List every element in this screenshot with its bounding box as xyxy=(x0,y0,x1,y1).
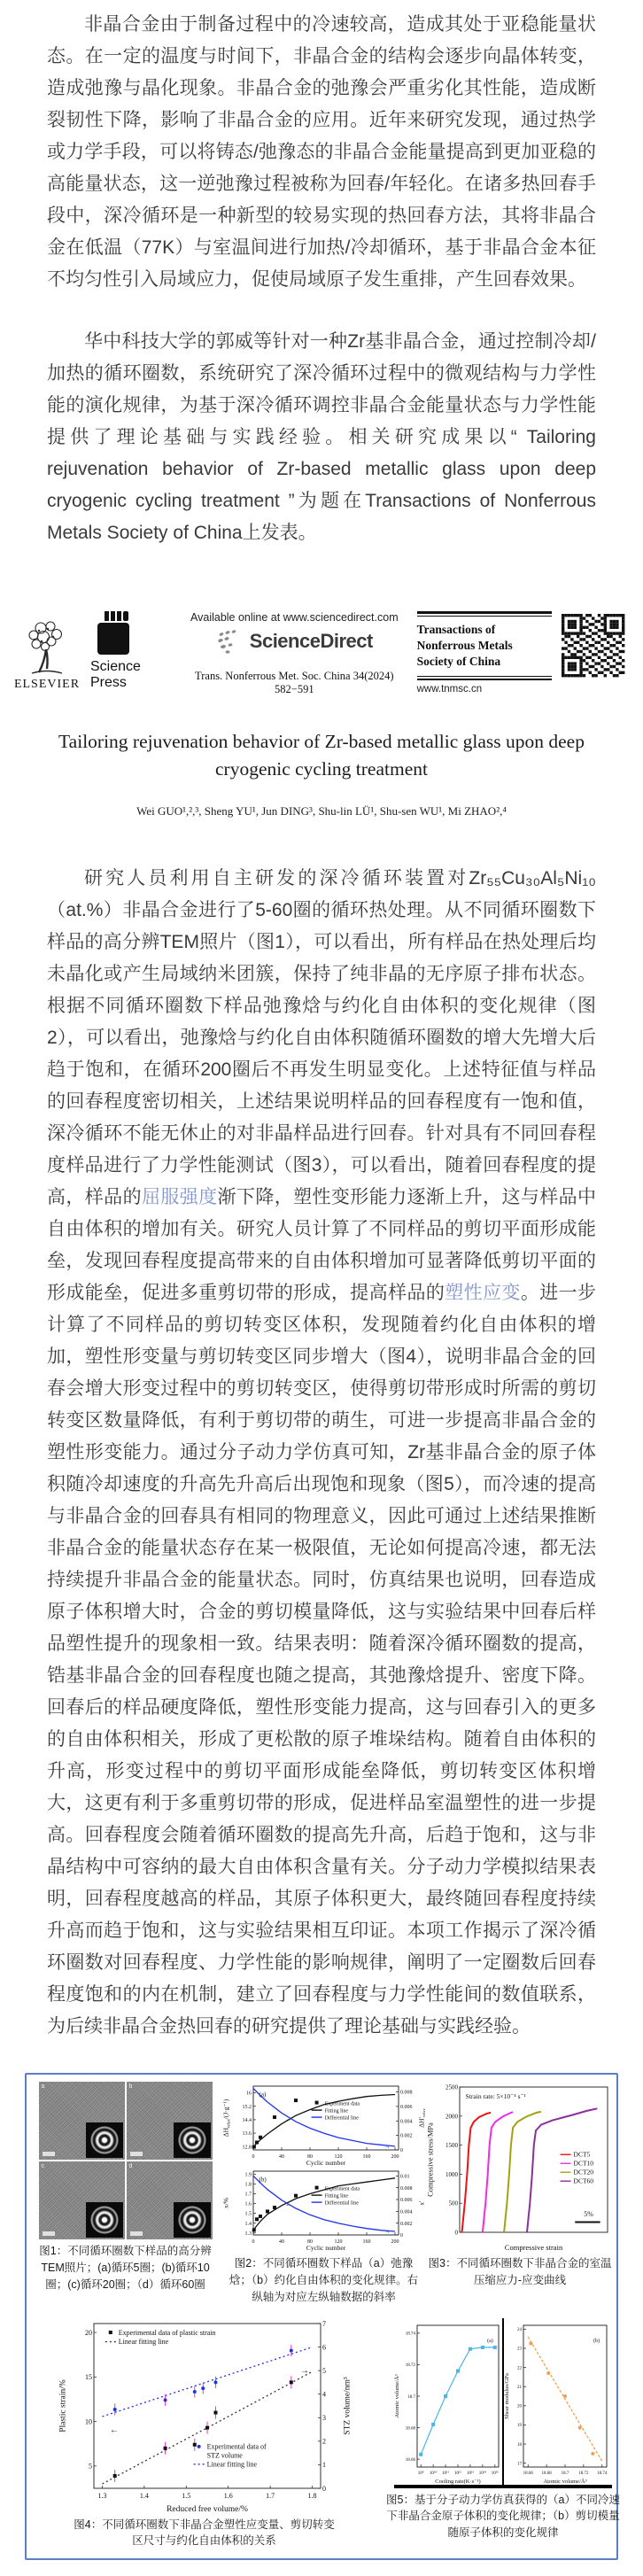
svg-text:1.7: 1.7 xyxy=(244,2192,252,2198)
svg-text:Fitting line: Fitting line xyxy=(324,2109,348,2114)
svg-text:(a): (a) xyxy=(487,2338,493,2344)
svg-text:←: ← xyxy=(285,2116,291,2123)
svg-text:5%: 5% xyxy=(584,2210,593,2218)
svg-text:Compressive strain: Compressive strain xyxy=(505,2243,563,2252)
svg-text:x′: x′ xyxy=(417,2200,425,2206)
svg-text:1.7: 1.7 xyxy=(266,2492,275,2500)
svg-text:500: 500 xyxy=(449,2200,459,2207)
figure-5-caption: 图5：基于分子动力学仿真获得的（a）不同冷速下非晶合金原子体积的变化规律；（b）… xyxy=(386,2492,621,2541)
svg-text:10⁹: 10⁹ xyxy=(418,2471,424,2476)
available-online-text: Available online at www.sciencedirect.co… xyxy=(177,611,412,624)
svg-text:Shear modulus/GPa: Shear modulus/GPa xyxy=(504,2373,510,2419)
svg-text:(b): (b) xyxy=(259,2176,267,2184)
elsevier-tree-icon xyxy=(21,617,73,676)
sciencedirect-dots-icon xyxy=(216,629,246,654)
svg-text:Experimental data of: Experimental data of xyxy=(206,2442,266,2450)
figure-4-caption: 图4：不同循环圈数下非晶合金塑性应变量、剪切转变区尺寸与约化自由体积的关系 xyxy=(74,2517,335,2550)
svg-text:0.002: 0.002 xyxy=(400,2222,413,2227)
svg-text:10: 10 xyxy=(85,2417,92,2425)
elsevier-label: ELSEVIER xyxy=(14,678,80,692)
svg-text:DCT10: DCT10 xyxy=(574,2160,594,2168)
svg-text:Differential line: Differential line xyxy=(324,2200,359,2207)
figure-3-caption: 图3：不同循环圈数下非晶合金的室温压缩应力-应变曲线 xyxy=(427,2255,613,2289)
svg-text:5: 5 xyxy=(89,2462,92,2470)
svg-text:STZ volume/nm³: STZ volume/nm³ xyxy=(343,2377,351,2435)
svg-text:12.8: 12.8 xyxy=(242,2145,252,2151)
body-text: 研究人员利用自主研发的深冷循环装置对Zr₅₅Cu₃₀Al₅Ni₁₀（at.%）非… xyxy=(47,868,596,1207)
svg-text:←: ← xyxy=(109,2425,118,2434)
svg-text:1.4: 1.4 xyxy=(139,2492,148,2500)
figure-3: 05001000150020002500Compressive strainCo… xyxy=(427,2082,613,2289)
svg-text:18.7: 18.7 xyxy=(562,2471,569,2476)
svg-text:0: 0 xyxy=(252,2239,254,2245)
svg-text:10¹³: 10¹³ xyxy=(467,2471,474,2476)
svg-text:10¹⁵: 10¹⁵ xyxy=(492,2471,499,2476)
svg-text:1.8: 1.8 xyxy=(307,2492,316,2500)
svg-text:160: 160 xyxy=(362,2154,370,2160)
tem-scalebar xyxy=(130,2231,143,2236)
svg-text:Strain rate: 5×10⁻⁴ s⁻¹: Strain rate: 5×10⁻⁴ s⁻¹ xyxy=(466,2092,526,2100)
svg-text:Linear fitting line: Linear fitting line xyxy=(118,2338,168,2346)
svg-text:2500: 2500 xyxy=(445,2084,459,2091)
figure-1-caption: 图1：不同循环圈数下样品的高分辨TEM照片；(a)循环5圈；(b)循环10圈；(… xyxy=(30,2243,221,2293)
journal-citation: Trans. Nonferrous Met. Soc. China 34(202… xyxy=(177,670,412,696)
svg-text:→: → xyxy=(383,2143,390,2150)
paper-title: Tailoring rejuvenation behavior of Zr-ba… xyxy=(35,728,608,783)
rule-bottom xyxy=(417,676,552,680)
svg-text:10¹¹: 10¹¹ xyxy=(442,2471,449,2476)
svg-text:SP: SP xyxy=(101,629,126,652)
svg-text:14.4: 14.4 xyxy=(242,2118,252,2123)
svg-text:1.6: 1.6 xyxy=(223,2492,232,2500)
tem-panel-b: b xyxy=(127,2082,213,2160)
svg-text:2: 2 xyxy=(322,2437,326,2445)
svg-text:18.7: 18.7 xyxy=(407,2394,415,2399)
journal-website: www.tnmsc.cn xyxy=(417,684,552,694)
svg-text:0.008: 0.008 xyxy=(400,2091,413,2096)
svg-text:0.004: 0.004 xyxy=(400,2120,413,2125)
figure-2: 0408012016020012.813.614.415.21600.0020.… xyxy=(223,2082,425,2305)
svg-text:0.006: 0.006 xyxy=(400,2105,413,2110)
svg-text:5: 5 xyxy=(322,2367,326,2375)
svg-text:17: 17 xyxy=(517,2462,523,2466)
svg-text:20: 20 xyxy=(85,2328,92,2336)
svg-text:6: 6 xyxy=(322,2343,326,2351)
tem-panel-a: a xyxy=(39,2082,125,2160)
tem-grid: a b c d xyxy=(39,2082,213,2239)
svg-text:Linear fitting line: Linear fitting line xyxy=(206,2460,257,2468)
svg-text:Experimental data of plastic s: Experimental data of plastic strain xyxy=(118,2329,215,2337)
svg-text:Fitting line: Fitting line xyxy=(324,2194,348,2200)
svg-text:19: 19 xyxy=(517,2424,523,2428)
svg-text:x/%: x/% xyxy=(223,2198,230,2208)
svg-text:Differential line: Differential line xyxy=(324,2115,359,2122)
sciencedirect-wordmark: ScienceDirect xyxy=(250,630,373,653)
svg-text:(b): (b) xyxy=(593,2338,600,2344)
svg-text:0: 0 xyxy=(400,2148,403,2153)
svg-text:4: 4 xyxy=(322,2390,326,2398)
svg-text:10¹⁰: 10¹⁰ xyxy=(430,2471,438,2476)
relaxation-enthalpy-chart: 0408012016020012.813.614.415.21600.0020.… xyxy=(223,2082,425,2167)
diffraction-inset xyxy=(86,2122,123,2158)
free-volume-chart: 040801201602001.31.41.51.61.71.81.900.00… xyxy=(223,2167,425,2252)
stress-strain-chart: 05001000150020002500Compressive strainCo… xyxy=(427,2082,613,2252)
svg-text:1.3: 1.3 xyxy=(97,2492,106,2500)
article-page: 非晶合金由于制备过程中的冷速较高，造成其处于亚稳能量状态。在一定的温度与时间下，… xyxy=(0,0,643,2560)
atomic-volume-chart: 10⁹10¹⁰10¹¹10¹²10¹³10¹⁴10¹⁵18.6618.6818.… xyxy=(394,2318,502,2485)
svg-text:1.5: 1.5 xyxy=(182,2492,190,2500)
svg-text:Experiment data: Experiment data xyxy=(324,2187,360,2192)
term-link[interactable]: 塑性应变 xyxy=(445,1283,521,1303)
svg-text:0.008: 0.008 xyxy=(400,2186,413,2192)
diffraction-inset xyxy=(174,2122,211,2158)
svg-text:18.66: 18.66 xyxy=(523,2471,534,2476)
body-paragraph: 研究人员利用自主研发的深冷循环装置对Zr₅₅Cu₃₀Al₅Ni₁₀（at.%）非… xyxy=(47,863,596,2043)
svg-text:1.6: 1.6 xyxy=(244,2202,252,2207)
svg-text:Experiment data: Experiment data xyxy=(324,2102,360,2107)
science-press-logo: SP Science Press xyxy=(90,611,172,692)
figure-2-caption: 图2：不同循环圈数下样品（a）弛豫焓；（b）约化自由体积的变化规律。右纵轴为对应… xyxy=(224,2255,423,2305)
svg-text:0: 0 xyxy=(252,2154,254,2160)
tem-scalebar xyxy=(130,2152,143,2156)
science-press-label: Science Press xyxy=(90,659,141,692)
rule-top xyxy=(417,611,552,617)
tem-panel-d: d xyxy=(127,2161,213,2239)
svg-text:1.9: 1.9 xyxy=(244,2173,252,2178)
science-press-icon: SP xyxy=(90,611,135,657)
svg-text:→: → xyxy=(299,2365,308,2375)
svg-text:1500: 1500 xyxy=(445,2142,459,2149)
svg-text:0: 0 xyxy=(322,2484,326,2492)
svg-text:ΔHrelax​/(J·g⁻¹): ΔHrelax​/(J·g⁻¹) xyxy=(223,2099,232,2138)
svg-text:Atomic volume/Å³: Atomic volume/Å³ xyxy=(543,2478,586,2485)
tem-scalebar xyxy=(43,2152,55,2156)
svg-text:0.01: 0.01 xyxy=(400,2175,410,2180)
svg-text:22: 22 xyxy=(517,2366,523,2370)
diffraction-inset xyxy=(86,2202,123,2238)
svg-text:0: 0 xyxy=(455,2230,459,2237)
svg-text:DCT20: DCT20 xyxy=(574,2169,594,2176)
svg-text:18.74: 18.74 xyxy=(406,2332,416,2336)
tem-scalebar xyxy=(43,2231,55,2236)
figure-5: 10⁹10¹⁰10¹¹10¹²10¹³10¹⁴10¹⁵18.6618.6818.… xyxy=(386,2318,621,2541)
svg-text:←: ← xyxy=(285,2201,291,2208)
journal-header: ELSEVIER SP Science Press Available xyxy=(0,579,643,705)
svg-text:STZ volume: STZ volume xyxy=(206,2451,243,2459)
svg-text:DCT5: DCT5 xyxy=(574,2151,591,2159)
svg-text:18.74: 18.74 xyxy=(597,2471,608,2476)
term-link[interactable]: 屈服强度 xyxy=(142,1187,218,1207)
svg-text:18.72: 18.72 xyxy=(406,2363,416,2368)
shear-modulus-chart: 18.6618.6818.718.7218.741718192021222324… xyxy=(504,2318,612,2485)
svg-text:0: 0 xyxy=(400,2233,403,2238)
svg-text:(a): (a) xyxy=(259,2091,266,2099)
svg-text:24: 24 xyxy=(517,2328,523,2332)
svg-text:40: 40 xyxy=(279,2154,284,2160)
svg-text:Cyclic number: Cyclic number xyxy=(306,2244,345,2252)
figure-1: a b c d xyxy=(30,2082,221,2293)
paper-authors: Wei GUO¹,²,³, Sheng YU¹, Jun DING³, Shu-… xyxy=(0,804,643,819)
svg-text:0.004: 0.004 xyxy=(400,2210,413,2215)
svg-text:7: 7 xyxy=(322,2319,326,2327)
svg-text:1.3: 1.3 xyxy=(244,2231,252,2237)
svg-text:0.002: 0.002 xyxy=(400,2134,413,2139)
svg-text:15.2: 15.2 xyxy=(242,2105,252,2110)
svg-text:23: 23 xyxy=(517,2347,523,2351)
svg-text:Plastic strain/%: Plastic strain/% xyxy=(58,2379,67,2432)
svg-text:40: 40 xyxy=(279,2239,284,2245)
svg-text:0.006: 0.006 xyxy=(400,2198,413,2203)
svg-text:1000: 1000 xyxy=(445,2171,459,2178)
svg-text:160: 160 xyxy=(362,2239,370,2245)
svg-text:→: → xyxy=(383,2228,390,2235)
svg-text:Cooling rate(K·s⁻¹): Cooling rate(K·s⁻¹) xyxy=(435,2479,480,2485)
sciencedirect-block: Available online at www.sciencedirect.co… xyxy=(172,611,417,696)
svg-text:Compressive stress/MPa: Compressive stress/MPa xyxy=(427,2122,435,2197)
svg-text:2000: 2000 xyxy=(445,2114,459,2121)
svg-text:200: 200 xyxy=(391,2239,399,2245)
intro-paragraph-1: 非晶合金由于制备过程中的冷速较高，造成其处于亚稳能量状态。在一定的温度与时间下，… xyxy=(47,9,596,296)
intro-paragraph-2: 华中科技大学的郭威等针对一种Zr基非晶合金，通过控制冷却/加热的循环圈数，系统研… xyxy=(47,326,596,549)
svg-text:18: 18 xyxy=(517,2442,523,2447)
svg-text:15: 15 xyxy=(85,2373,92,2381)
svg-text:1: 1 xyxy=(322,2461,326,2469)
qr-code xyxy=(559,611,627,684)
svg-text:21: 21 xyxy=(517,2386,523,2390)
md-simulation-panels: 10⁹10¹⁰10¹¹10¹²10¹³10¹⁴10¹⁵18.6618.6818.… xyxy=(394,2318,612,2488)
svg-text:18.68: 18.68 xyxy=(406,2426,416,2431)
svg-text:ΔH′relax​: ΔH′relax​ xyxy=(417,2108,425,2128)
body-text: 。进一步计算了不同样品的剪切转变区体积，发现随着约化自由体积的增加，塑性形变量与… xyxy=(47,1283,596,2037)
svg-text:3: 3 xyxy=(322,2414,326,2422)
svg-text:Cyclic number: Cyclic number xyxy=(306,2159,345,2167)
plastic-strain-stz-chart: 1.31.41.51.61.71.8510152001234567Reduced… xyxy=(58,2318,351,2513)
svg-text:Atomic volume/Å³: Atomic volume/Å³ xyxy=(394,2374,400,2417)
svg-text:10¹⁴: 10¹⁴ xyxy=(479,2471,486,2476)
svg-text:20: 20 xyxy=(517,2404,523,2409)
figure-4: 1.31.41.51.61.71.8510152001234567Reduced… xyxy=(58,2318,351,2550)
svg-text:1.5: 1.5 xyxy=(244,2212,252,2217)
svg-text:Reduced free volume/%: Reduced free volume/% xyxy=(167,2504,248,2513)
svg-text:18.66: 18.66 xyxy=(406,2457,416,2462)
tem-panel-c: c xyxy=(39,2161,125,2239)
publisher-logos: ELSEVIER SP Science Press xyxy=(16,611,172,692)
svg-text:10¹²: 10¹² xyxy=(454,2471,461,2476)
svg-text:13.6: 13.6 xyxy=(242,2131,252,2137)
svg-text:1.4: 1.4 xyxy=(244,2222,252,2227)
svg-text:200: 200 xyxy=(391,2154,399,2160)
svg-text:16: 16 xyxy=(246,2091,252,2097)
journal-name: Transactions of Nonferrous Metals Societ… xyxy=(417,622,552,671)
svg-text:1.8: 1.8 xyxy=(244,2183,252,2188)
elsevier-logo: ELSEVIER xyxy=(16,617,78,692)
svg-text:18.72: 18.72 xyxy=(578,2471,589,2476)
diffraction-inset xyxy=(174,2202,211,2238)
svg-text:18.68: 18.68 xyxy=(541,2471,552,2476)
svg-text:DCT60: DCT60 xyxy=(574,2177,594,2185)
journal-title-block: Transactions of Nonferrous Metals Societ… xyxy=(417,611,627,694)
figure-panel: a b c d xyxy=(25,2073,618,2560)
